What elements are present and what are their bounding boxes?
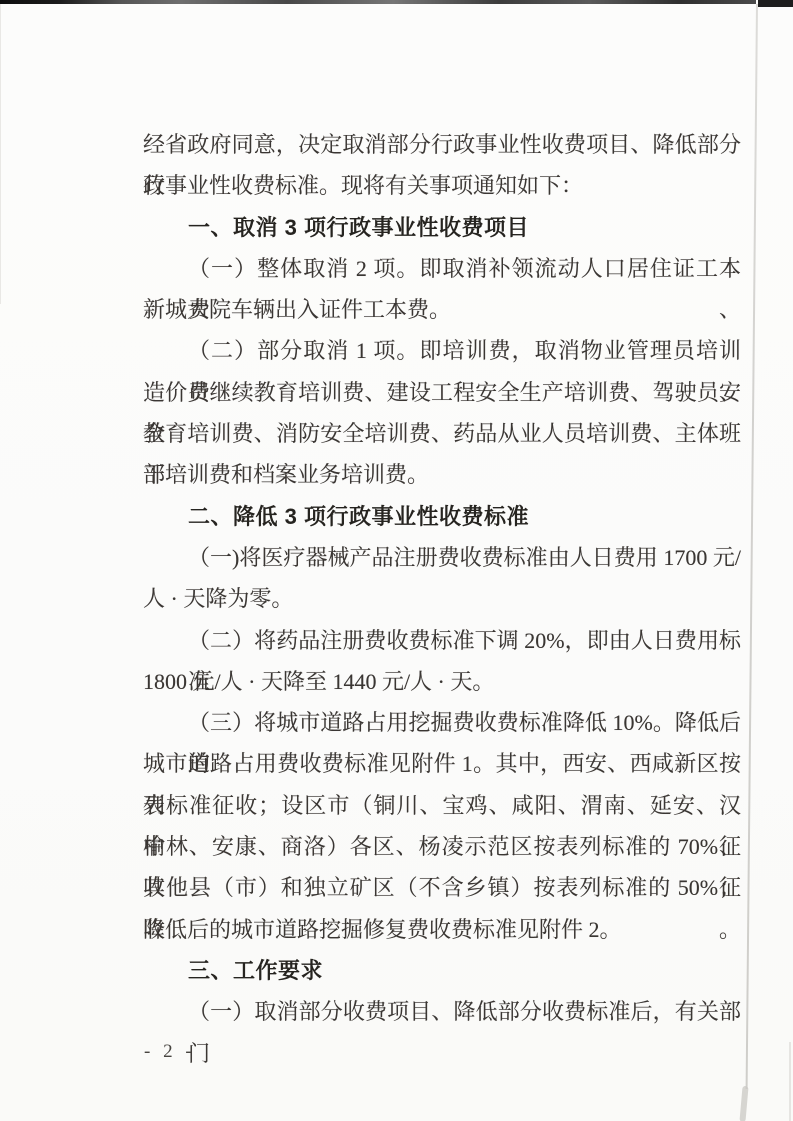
document-line: （一)将医疗器械产品注册费收费标准由人日费用 1700 元/ (143, 537, 741, 578)
document-line: 经省政府同意，决定取消部分行政事业性收费项目、降低部分行 (143, 124, 741, 165)
document-body: 经省政府同意，决定取消部分行政事业性收费项目、降低部分行政事业性收费标准。现将有… (143, 124, 741, 1033)
document-line: 城市道路占用费收费标准见附件 1。其中，西安、西咸新区按表 (143, 743, 741, 784)
document-line: （一）整体取消 2 项。即取消补领流动人口居住证工本费、 (143, 248, 741, 289)
document-line: （二）部分取消 1 项。即培训费，取消物业管理员培训费、 (143, 330, 741, 371)
scan-top-edge (0, 0, 756, 4)
document-line: （二）将药品注册费收费标准下调 20%，即由人日费用标准 (143, 620, 741, 661)
paper-edge-smudge (739, 1086, 748, 1121)
document-line: （一）取消部分收费项目、降低部分收费标准后，有关部门 (143, 991, 741, 1032)
scanned-document-page: 经省政府同意，决定取消部分行政事业性收费项目、降低部分行政事业性收费标准。现将有… (0, 0, 793, 1121)
section-heading: 一、取消 3 项行政事业性收费项目 (143, 207, 741, 248)
document-line: （三）将城市道路占用挖掘费收费标准降低 10%。降低后的 (143, 702, 741, 743)
paper-edge-line-secondary (789, 1042, 791, 1121)
document-line: 人 · 天降为零。 (143, 578, 741, 619)
document-line: 教育培训费、消防安全培训费、药品从业人员培训费、主体班干 (143, 413, 741, 454)
document-line: 列标准征收；设区市（铜川、宝鸡、咸阳、渭南、延安、汉中、 (143, 785, 741, 826)
document-line: 政事业性收费标准。现将有关事项通知如下： (143, 165, 741, 206)
document-line: 其他县（市）和独立矿区（不含乡镇）按表列标准的 50%征收。 (143, 867, 741, 908)
document-line: 部培训费和档案业务培训费。 (143, 454, 741, 495)
document-line: 造价员继续教育培训费、建设工程安全生产培训费、驾驶员安全 (143, 372, 741, 413)
page-number: - 2 - (144, 1039, 196, 1065)
section-heading: 二、降低 3 项行政事业性收费标准 (143, 496, 741, 537)
paper-edge-line (746, 4, 758, 1089)
section-heading: 三、工作要求 (143, 950, 741, 991)
document-line: 1800 元/人 · 天降至 1440 元/人 · 天。 (143, 661, 741, 702)
document-line: 榆林、安康、商洛）各区、杨凌示范区按表列标准的 70%征收； (143, 826, 741, 867)
scan-top-edge-right (758, 0, 793, 7)
scan-left-hairline (0, 4, 1, 304)
